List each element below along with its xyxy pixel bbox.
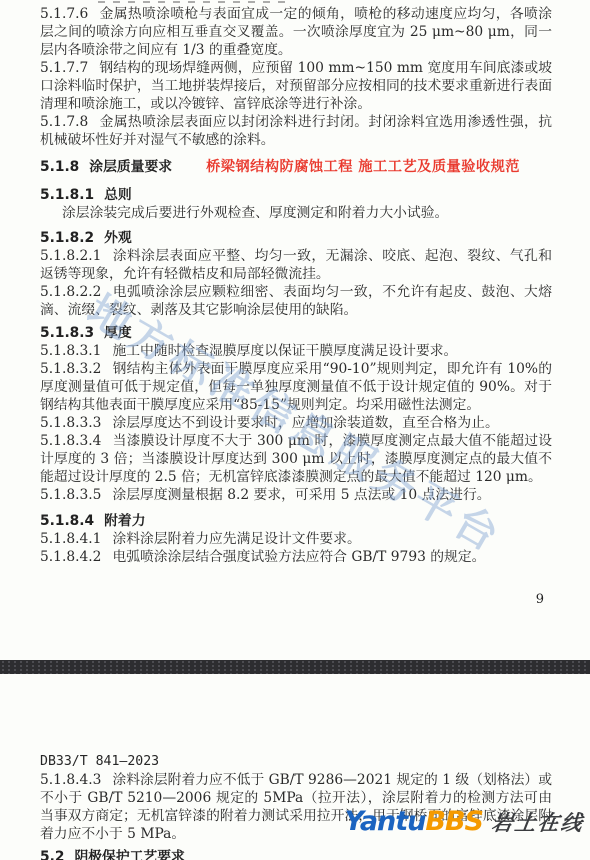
- section-title: 厚度: [104, 325, 132, 341]
- section-title: 涂层质量要求: [89, 159, 172, 175]
- section-number: 5.1.8.3.3: [40, 415, 112, 431]
- section-paragraph-5-1-7-8: 5.1.7.8金属热喷涂层表面应以封闭涂料进行封闭。封闭涂料宜选用渗透性强，抗机…: [40, 113, 552, 149]
- section-title: 阴极保护工艺要求: [74, 849, 184, 860]
- section-number: 5.1.8.3.4: [40, 433, 112, 449]
- section-number: 5.1.8.4.2: [40, 549, 112, 565]
- yantubbs-logo: YantuBBS岩土在线: [344, 806, 584, 837]
- section-text: 涂层厚度达不到设计要求时，应增加涂装道数，直至合格为止。: [112, 415, 498, 431]
- section-number: 5.1.7.8: [40, 114, 99, 130]
- section-text: 金属热喷涂层表面应以封闭涂料进行封闭。封闭涂料宜选用渗透性强，抗机械破坏性好并对…: [40, 114, 552, 148]
- section-number: 5.1.8.4: [40, 513, 104, 529]
- section-number: 5.1.8.1: [40, 187, 104, 203]
- section-paragraph-5-1-8-2-2: 5.1.8.2.2电弧喷涂涂层应颗粒细密、表面均匀一致，不允许有起皮、鼓泡、大熔…: [40, 283, 552, 319]
- section-text: 电弧喷涂涂层结合强度试验方法应符合 GB/T 9793 的规定。: [112, 549, 485, 565]
- document-page-2: DB33/T 841—2023 5.1.8.4.3涂料涂层附着力应不低于 GB/…: [0, 674, 590, 860]
- section-paragraph-5-1-8-3-2: 5.1.8.3.2钢结构主体外表面干膜厚度应采用“90-10”规则判定，即允许有…: [40, 360, 552, 414]
- intro-paragraph: 涂层涂装完成后要进行外观检查、厚度测定和附着力大小试验。: [40, 204, 552, 222]
- page-1-content: 5.1.7.6金属热喷涂喷枪与表面宜成一定的倾角，喷枪的移动速度应均匀，各喷涂层…: [0, 1, 590, 607]
- clipped-text-remnant: [98, 1, 288, 3]
- document-page-1: 5.1.7.6金属热喷涂喷枪与表面宜成一定的倾角，喷枪的移动速度应均匀，各喷涂层…: [0, 0, 590, 660]
- section-heading-5-2: 5.2阴极保护工艺要求: [40, 848, 552, 860]
- section-text: 当漆膜设计厚度不大于 300 μm 时，漆膜厚度测定点最大值不能超过设计厚度的 …: [40, 433, 552, 485]
- section-number: 5.1.8.3: [40, 325, 104, 341]
- section-text: 施工中随时检查湿膜厚度以保证干膜厚度满足设计要求。: [112, 343, 457, 359]
- section-paragraph-5-1-7-7: 5.1.7.7钢结构的现场焊缝两侧，应预留 100 mm~150 mm 宽度用车…: [40, 59, 552, 113]
- section-heading-5-1-8-3: 5.1.8.3厚度: [40, 324, 552, 342]
- section-number: 5.1.8.2.2: [40, 284, 112, 300]
- red-stamp-title: 桥梁钢结构防腐蚀工程 施工工艺及质量验收规范: [206, 156, 520, 176]
- page-number: 9: [40, 592, 552, 607]
- section-number: 5.2: [40, 849, 74, 860]
- section-heading-5-1-8-1: 5.1.8.1总则: [40, 186, 552, 204]
- section-number: 5.1.8.3.2: [40, 361, 112, 377]
- section-paragraph-5-1-8-4-1: 5.1.8.4.1涂料涂层附着力应先满足设计文件要求。: [40, 530, 552, 548]
- section-number: 5.1.7.7: [40, 60, 99, 76]
- section-title: 附着力: [104, 513, 145, 529]
- page-separator-band: [0, 660, 590, 674]
- section-heading-5-1-8-2: 5.1.8.2外观: [40, 229, 552, 247]
- section-heading-5-1-8-4: 5.1.8.4附着力: [40, 512, 552, 530]
- section-text: 涂层厚度测量根据 8.2 要求，可采用 5 点法或 10 点法进行。: [112, 487, 490, 503]
- section-text: 钢结构主体外表面干膜厚度应采用“90-10”规则判定，即允许有 10%的厚度测量…: [40, 361, 552, 413]
- section-number: 5.1.8.3.1: [40, 343, 112, 359]
- section-paragraph-5-1-8-4-2: 5.1.8.4.2电弧喷涂涂层结合强度试验方法应符合 GB/T 9793 的规定…: [40, 548, 552, 566]
- section-number: 5.1.8.4.3: [40, 772, 112, 788]
- section-number: 5.1.8.4.1: [40, 531, 112, 547]
- section-number: 5.1.8.3.5: [40, 487, 112, 503]
- section-paragraph-5-1-8-3-4: 5.1.8.3.4当漆膜设计厚度不大于 300 μm 时，漆膜厚度测定点最大值不…: [40, 432, 552, 486]
- logo-text-bbs: BBS: [425, 806, 483, 837]
- section-title: 总则: [104, 187, 132, 203]
- section-number: 5.1.8.2.1: [40, 248, 112, 264]
- section-heading-5-1-8: 5.1.8涂层质量要求: [40, 158, 172, 176]
- section-paragraph-5-1-7-6: 5.1.7.6金属热喷涂喷枪与表面宜成一定的倾角，喷枪的移动速度应均匀，各喷涂层…: [40, 5, 552, 59]
- logo-text-yantu: Yantu: [344, 806, 425, 837]
- doc-code-header: DB33/T 841—2023: [40, 674, 552, 771]
- section-paragraph-5-1-8-3-1: 5.1.8.3.1施工中随时检查湿膜厚度以保证干膜厚度满足设计要求。: [40, 342, 552, 360]
- section-text: 金属热喷涂喷枪与表面宜成一定的倾角，喷枪的移动速度应均匀，各喷涂层之间的喷涂方向…: [40, 6, 552, 58]
- section-paragraph-5-1-8-3-5: 5.1.8.3.5涂层厚度测量根据 8.2 要求，可采用 5 点法或 10 点法…: [40, 486, 552, 504]
- section-number: 5.1.8.2: [40, 230, 104, 246]
- section-paragraph-5-1-8-2-1: 5.1.8.2.1涂料涂层表面应平整、均匀一致，无漏涂、咬底、起泡、裂纹、气孔和…: [40, 247, 552, 283]
- section-text: 电弧喷涂涂层应颗粒细密、表面均匀一致，不允许有起皮、鼓泡、大熔滴、流缀、裂纹、剥…: [40, 284, 552, 318]
- section-text: 涂料涂层表面应平整、均匀一致，无漏涂、咬底、起泡、裂纹、气孔和返锈等现象，允许有…: [40, 248, 552, 282]
- section-number: 5.1.8: [40, 159, 89, 175]
- section-number: 5.1.7.6: [40, 6, 99, 22]
- section-text: 涂料涂层附着力应先满足设计文件要求。: [112, 531, 360, 547]
- section-heading-row-5-1-8: 5.1.8涂层质量要求 桥梁钢结构防腐蚀工程 施工工艺及质量验收规范: [40, 156, 552, 176]
- section-text: 钢结构的现场焊缝两侧，应预留 100 mm~150 mm 宽度用车间底漆或坡口涂…: [40, 60, 552, 112]
- logo-text-chinese: 岩土在线: [490, 807, 586, 837]
- section-title: 外观: [104, 230, 132, 246]
- section-paragraph-5-1-8-3-3: 5.1.8.3.3涂层厚度达不到设计要求时，应增加涂装道数，直至合格为止。: [40, 414, 552, 432]
- document-screenshot: { "page1": { "p5176": {"num": "5.1.7.6",…: [0, 0, 590, 860]
